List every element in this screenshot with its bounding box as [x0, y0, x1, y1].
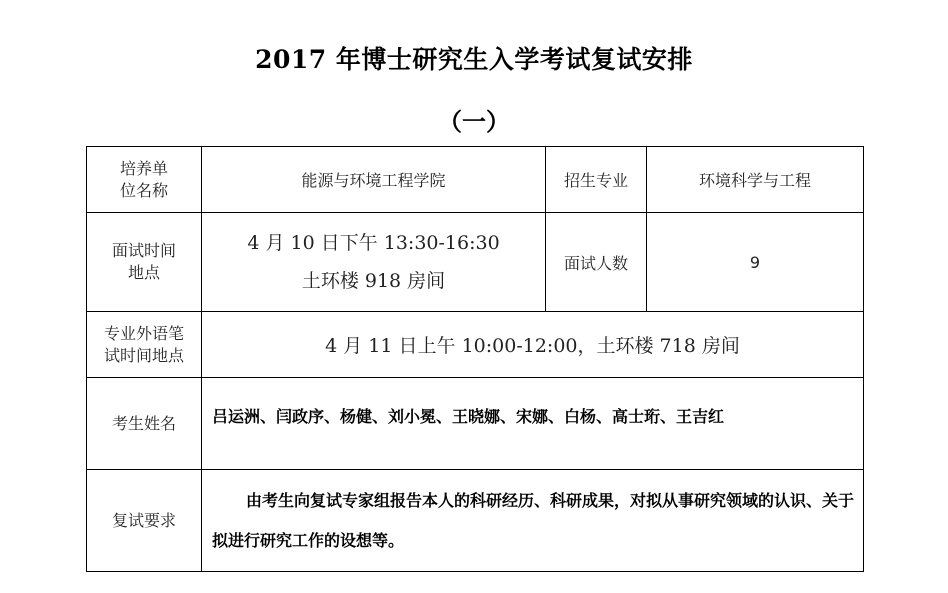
interview-place: 土环楼 918 房间 [202, 269, 545, 293]
table-row-names: 考生姓名 吕运洲、闫政序、杨健、刘小冕、王晓娜、宋娜、白杨、高士珩、王吉红 [87, 378, 864, 470]
interview-count-label: 面试人数 [546, 213, 647, 312]
table-row-written: 专业外语笔 试时间地点 4 月 11 日上午 10:00-12:00，土环楼 7… [87, 312, 864, 378]
unit-label-line1: 培养单 [87, 158, 201, 180]
document-title: 2017 年博士研究生入学考试复试安排 [0, 40, 948, 76]
interview-label-line1: 面试时间 [87, 240, 201, 262]
major-label: 招生专业 [546, 147, 647, 213]
written-label-cell: 专业外语笔 试时间地点 [87, 312, 202, 378]
unit-value: 能源与环境工程学院 [202, 147, 546, 213]
table-row-requirements: 复试要求 由考生向复试专家组报告本人的科研经历、科研成果，对拟从事研究领域的认识… [87, 470, 864, 572]
requirements-value: 由考生向复试专家组报告本人的科研经历、科研成果，对拟从事研究领域的认识、关于拟进… [212, 491, 854, 550]
requirements-cell: 由考生向复试专家组报告本人的科研经历、科研成果，对拟从事研究领域的认识、关于拟进… [202, 470, 864, 572]
unit-label-line2: 位名称 [87, 180, 201, 202]
written-label-line1: 专业外语笔 [87, 323, 201, 345]
interview-count-value: 9 [647, 213, 864, 312]
names-value: 吕运洲、闫政序、杨健、刘小冕、王晓娜、宋娜、白杨、高士珩、王吉红 [202, 378, 864, 470]
requirements-label: 复试要求 [87, 470, 202, 572]
major-value: 环境科学与工程 [647, 147, 864, 213]
written-value: 4 月 11 日上午 10:00-12:00，土环楼 718 房间 [202, 312, 864, 378]
interview-time: 4 月 10 日下午 13:30-16:30 [202, 231, 545, 255]
table-row-unit: 培养单 位名称 能源与环境工程学院 招生专业 环境科学与工程 [87, 147, 864, 213]
table-row-interview: 面试时间 地点 4 月 10 日下午 13:30-16:30 土环楼 918 房… [87, 213, 864, 312]
written-label-line2: 试时间地点 [87, 345, 201, 367]
names-label: 考生姓名 [87, 378, 202, 470]
interview-label-line2: 地点 [87, 262, 201, 284]
document-subtitle: （一） [0, 102, 948, 137]
interview-time-place-cell: 4 月 10 日下午 13:30-16:30 土环楼 918 房间 [202, 213, 546, 312]
schedule-table: 培养单 位名称 能源与环境工程学院 招生专业 环境科学与工程 面试时间 地点 4… [86, 146, 864, 572]
unit-label-cell: 培养单 位名称 [87, 147, 202, 213]
interview-label-cell: 面试时间 地点 [87, 213, 202, 312]
